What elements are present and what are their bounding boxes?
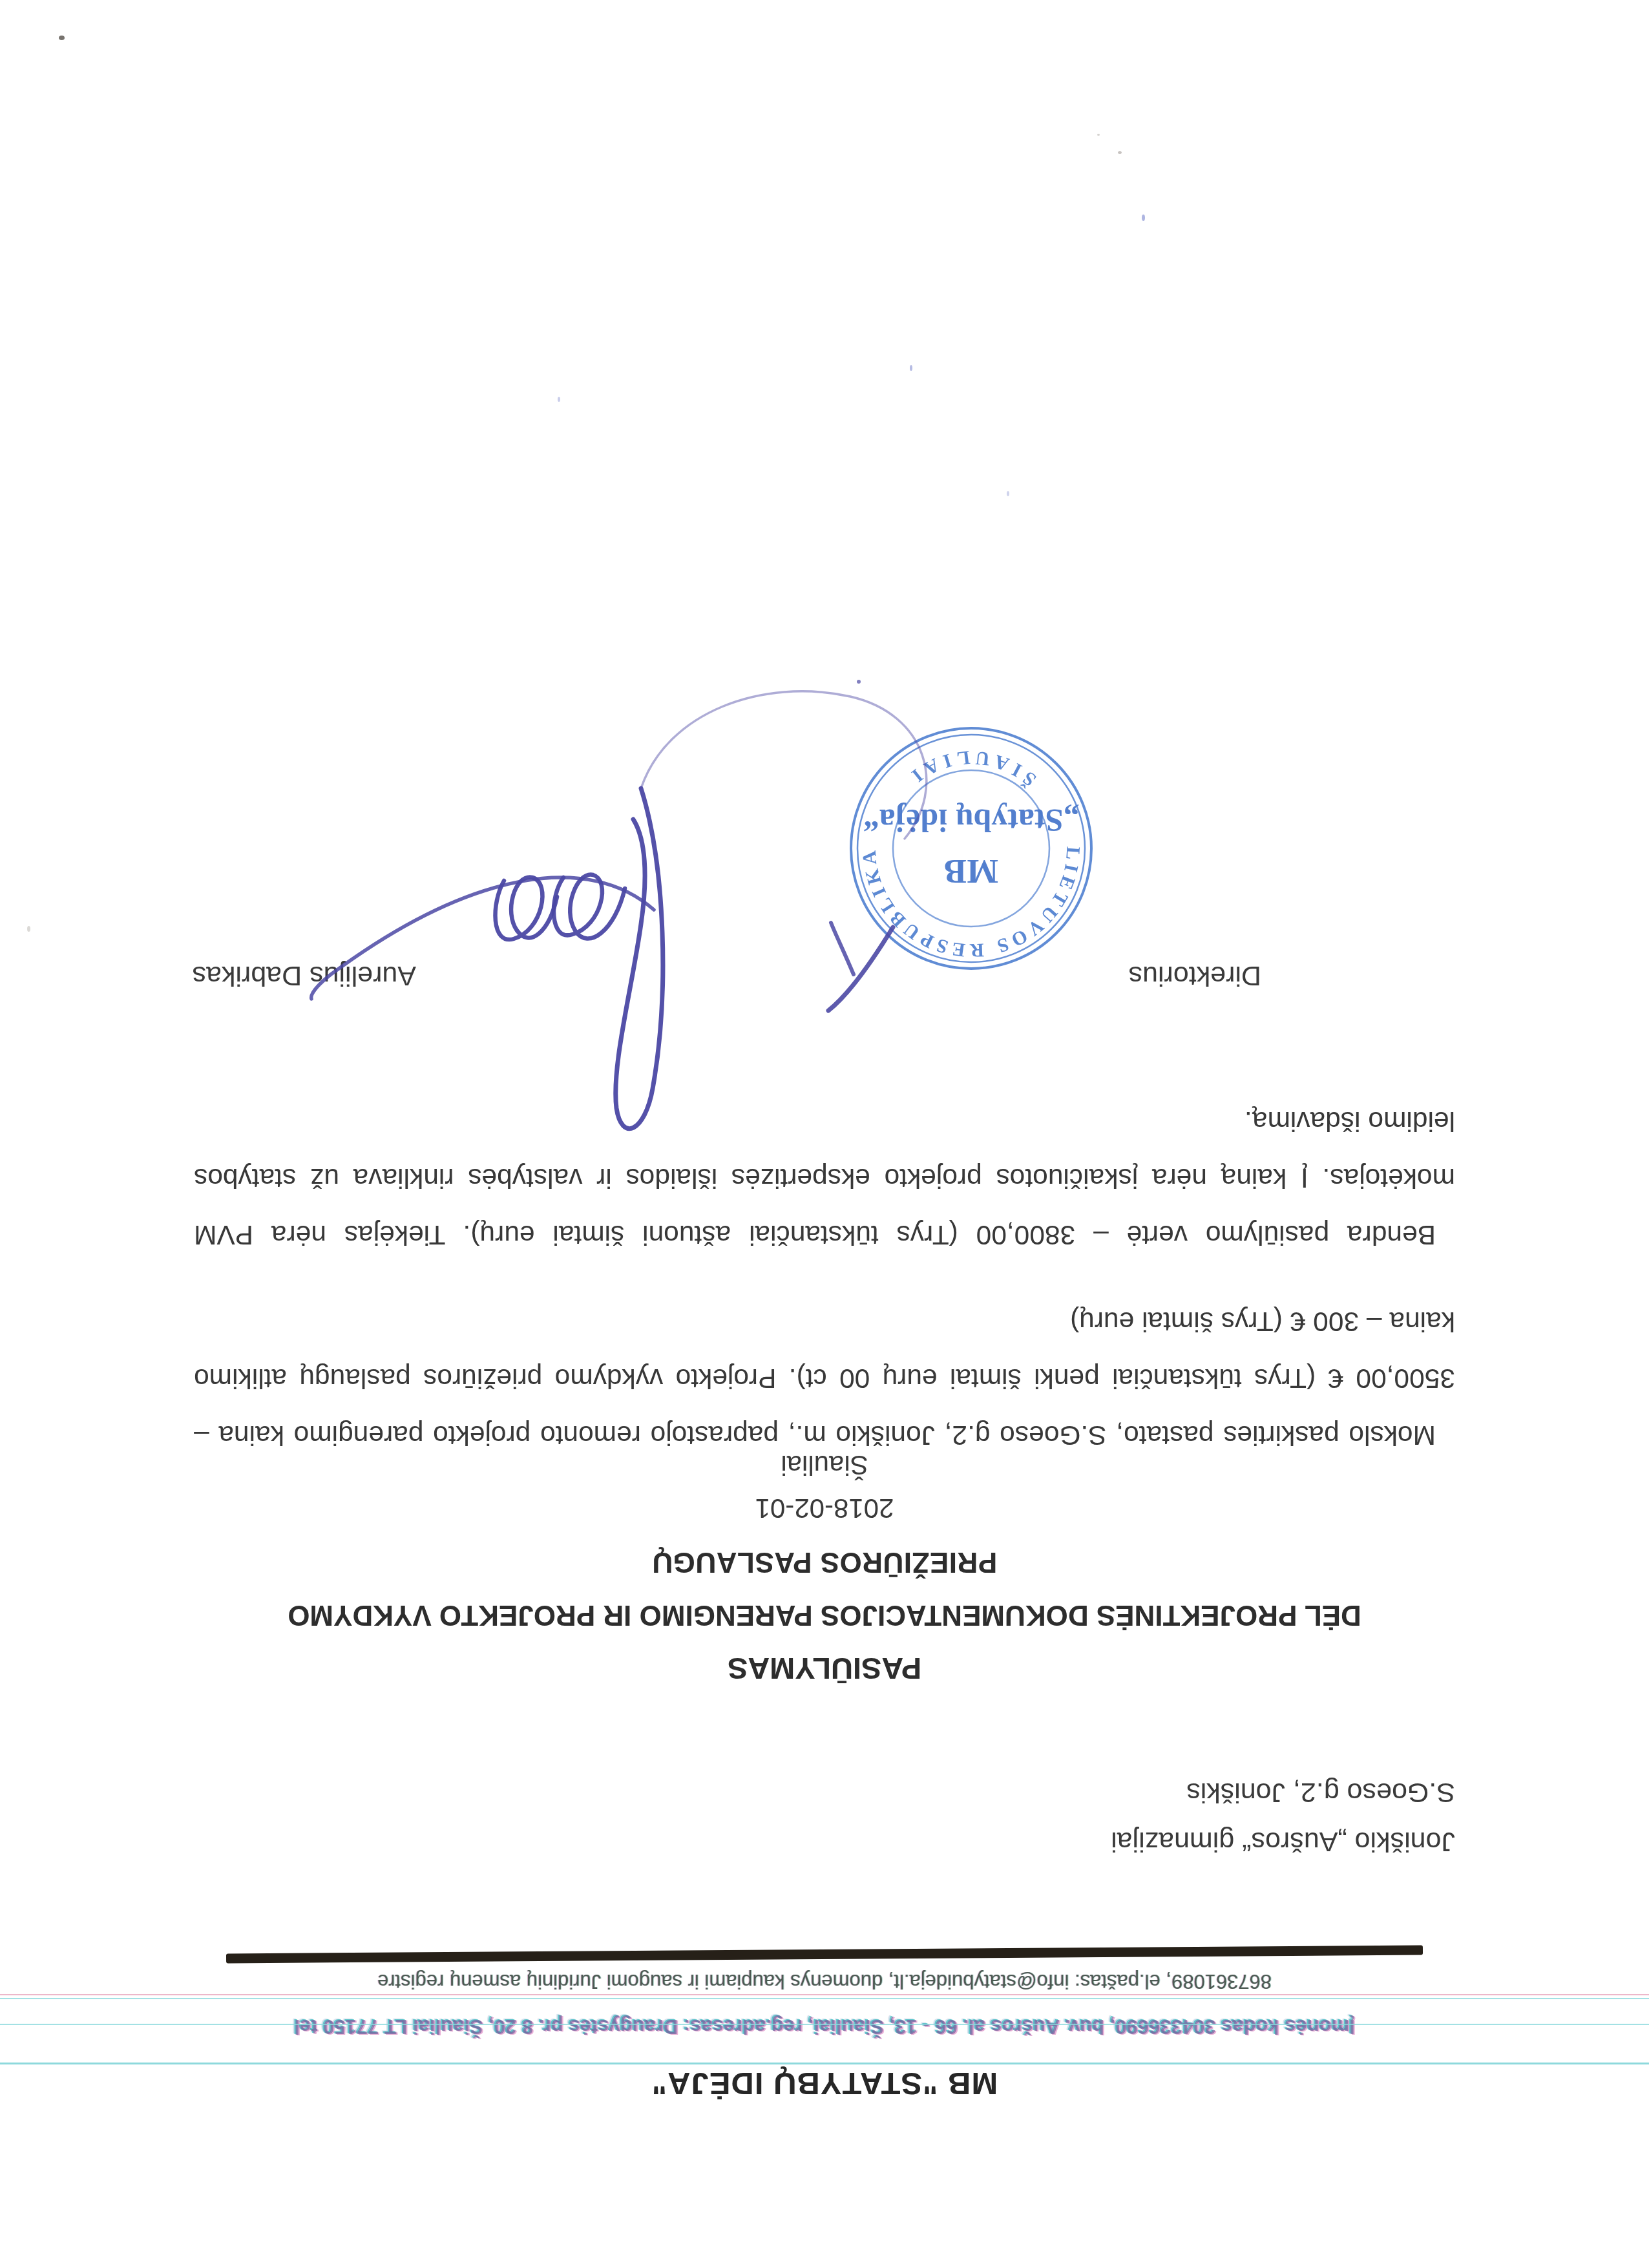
signature-tail-loop — [641, 691, 927, 839]
body-paragraph-1: Mokslo paskirties pastato, S.Goeso g.2, … — [194, 1292, 1455, 1463]
document-date: 2018-02-01 — [0, 1493, 1649, 1524]
letterhead-info-line-1: Įmonės kodas 304336690, buv. Aušros al. … — [0, 2015, 1649, 2038]
letterhead-cyan-rule-mid — [0, 2024, 1649, 2025]
signature-check-stroke-2 — [831, 923, 854, 974]
ink-speck — [1142, 215, 1145, 221]
ink-speck — [910, 365, 912, 371]
signature-tall-loop — [616, 788, 663, 1129]
document-title: PASIŪLYMAS — [0, 1651, 1649, 1686]
addressee-name: Joniškio „Aušros“ gimnazijai — [1111, 1825, 1455, 1857]
signature-loop-1 — [554, 875, 625, 939]
scan-speck — [59, 36, 65, 40]
document-subtitle-line1: DĖL PROJEKTINĖS DOKUMENTACIJOS PARENGIMO… — [0, 1599, 1649, 1631]
scanned-document-page: MB "STATYBŲ IDĖJA" Įmonės kodas 30433669… — [0, 0, 1649, 2268]
ink-speck — [857, 680, 861, 684]
letterhead-cyan-rule-lower — [0, 1998, 1649, 1999]
rotated-sheet: MB "STATYBŲ IDĖJA" Įmonės kodas 30433669… — [0, 0, 1649, 2268]
document-subtitle-line2: PRIEŽIŪROS PASLAUGŲ — [0, 1546, 1649, 1578]
addressee-address: S.Goeso g.2, Joniškis — [1186, 1776, 1455, 1808]
ink-speck — [558, 397, 560, 402]
letterhead-company-title: MB "STATYBŲ IDĖJA" — [0, 2065, 1649, 2101]
scan-speck — [1097, 134, 1100, 136]
handwritten-signature — [260, 685, 1003, 1202]
letterhead-cyan-rule-top — [0, 2063, 1649, 2064]
signature-role-label: Direktorius — [1129, 960, 1262, 991]
letterhead-pink-rule — [0, 1994, 1649, 1995]
scan-speck — [1118, 151, 1122, 154]
letterhead-thick-rule — [226, 1946, 1423, 1964]
scan-speck — [27, 926, 30, 932]
ink-speck — [1007, 491, 1009, 496]
letterhead-info-line-2: 867361089, el.paštas: info@statybuideja.… — [0, 1969, 1649, 1993]
